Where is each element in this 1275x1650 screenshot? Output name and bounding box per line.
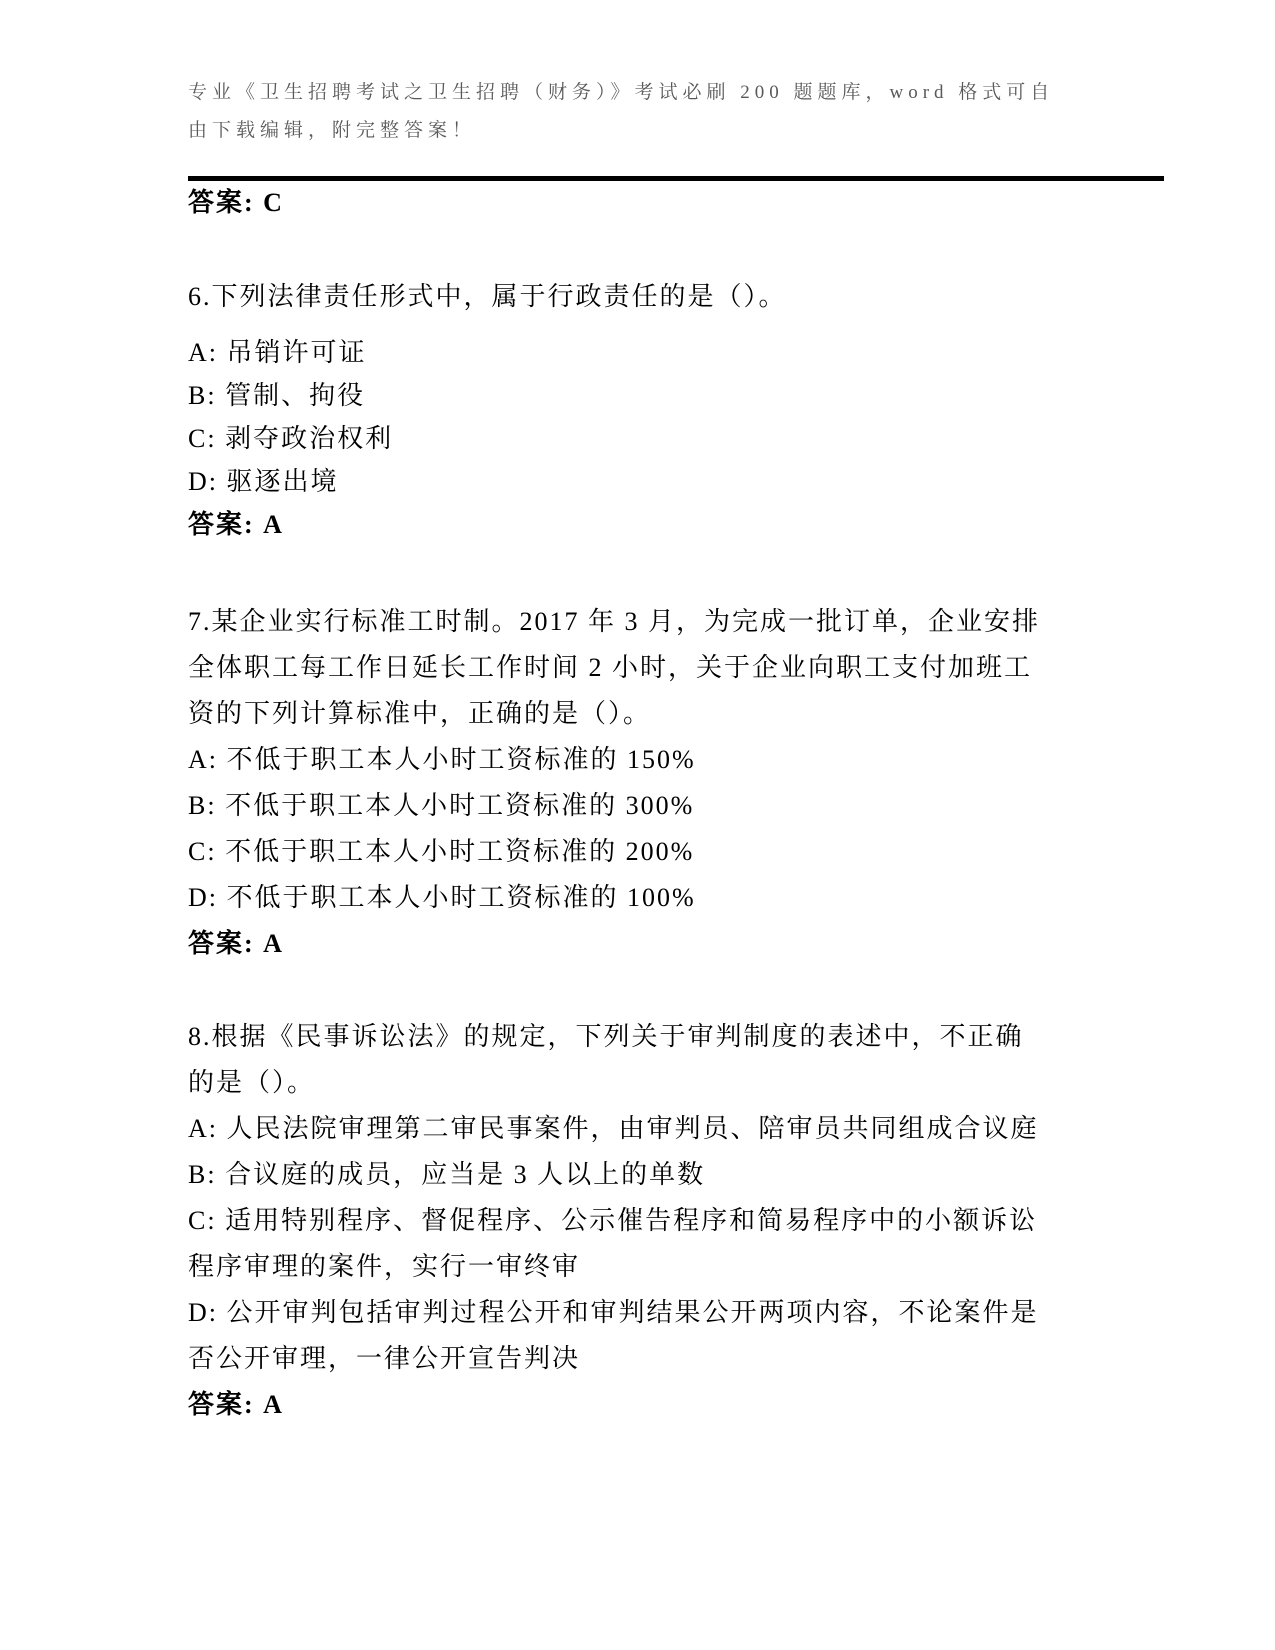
question-6-options: A: 吊销许可证 B: 管制、拘役 C: 剥夺政治权利 D: 驱逐出境 [188,331,1164,503]
question-8-options: A: 人民法院审理第二审民事案件，由审判员、陪审员共同组成合议庭 B: 合议庭的… [188,1106,1164,1382]
question-7-option-d: D: 不低于职工本人小时工资标准的 100% [188,875,1164,921]
question-8-block: 8.根据《民事诉讼法》的规定，下列关于审判制度的表述中，不正确 的是（）。 A:… [188,1014,1164,1428]
question-8-option-c-line-1: C: 适用特别程序、督促程序、公示催告程序和简易程序中的小额诉讼 [188,1198,1164,1244]
question-6-option-d: D: 驱逐出境 [188,460,1164,503]
question-8-option-d-line-2: 否公开审理，一律公开宣告判决 [188,1336,1164,1382]
question-7-option-a: A: 不低于职工本人小时工资标准的 150% [188,737,1164,783]
header-text-line-2: 由下载编辑，附完整答案！ [188,112,1164,150]
question-8-option-c-line-2: 程序审理的案件，实行一审终审 [188,1244,1164,1290]
leading-answer-line: 答案: C [188,181,1164,224]
question-6-answer: 答案: A [188,503,1164,546]
question-6-option-b: B: 管制、拘役 [188,374,1164,417]
question-8-option-b: B: 合议庭的成员，应当是 3 人以上的单数 [188,1152,1164,1198]
document-page: 专业《卫生招聘考试之卫生招聘（财务）》考试必刷 200 题题库，word 格式可… [0,0,1275,1650]
question-7-text-line-3: 资的下列计算标准中，正确的是（）。 [188,691,1164,737]
question-8-option-a: A: 人民法院审理第二审民事案件，由审判员、陪审员共同组成合议庭 [188,1106,1164,1152]
question-7-text-line-1: 7.某企业实行标准工时制。2017 年 3 月，为完成一批订单，企业安排 [188,599,1164,645]
question-6-option-a: A: 吊销许可证 [188,331,1164,374]
header-text-line-1: 专业《卫生招聘考试之卫生招聘（财务）》考试必刷 200 题题库，word 格式可… [188,74,1164,112]
question-6-text: 6.下列法律责任形式中，属于行政责任的是（）。 [188,274,1164,320]
question-7-options: A: 不低于职工本人小时工资标准的 150% B: 不低于职工本人小时工资标准的… [188,737,1164,921]
document-header: 专业《卫生招聘考试之卫生招聘（财务）》考试必刷 200 题题库，word 格式可… [188,0,1164,150]
question-6-block: 6.下列法律责任形式中，属于行政责任的是（）。 A: 吊销许可证 B: 管制、拘… [188,274,1164,546]
question-8-option-d-line-1: D: 公开审判包括审判过程公开和审判结果公开两项内容，不论案件是 [188,1290,1164,1336]
question-7-option-b: B: 不低于职工本人小时工资标准的 300% [188,783,1164,829]
question-7-block: 7.某企业实行标准工时制。2017 年 3 月，为完成一批订单，企业安排 全体职… [188,599,1164,967]
question-8-text-line-2: 的是（）。 [188,1060,1164,1106]
document-content: 专业《卫生招聘考试之卫生招聘（财务）》考试必刷 200 题题库，word 格式可… [188,0,1164,1428]
question-7-answer: 答案: A [188,921,1164,967]
question-8-text-line-1: 8.根据《民事诉讼法》的规定，下列关于审判制度的表述中，不正确 [188,1014,1164,1060]
question-7-text-line-2: 全体职工每工作日延长工作时间 2 小时，关于企业向职工支付加班工 [188,645,1164,691]
question-6-option-c: C: 剥夺政治权利 [188,417,1164,460]
question-7-option-c: C: 不低于职工本人小时工资标准的 200% [188,829,1164,875]
question-8-answer: 答案: A [188,1382,1164,1428]
